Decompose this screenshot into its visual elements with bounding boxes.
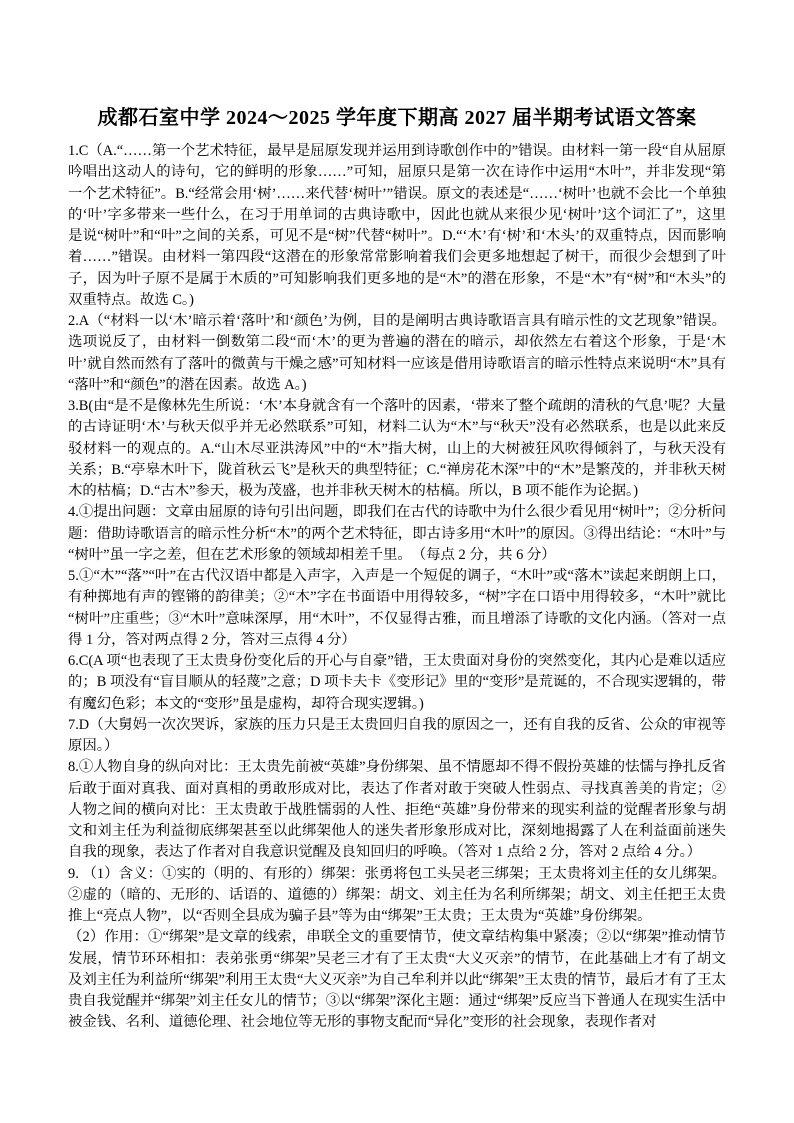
document-title: 成都石室中学 2024～2025 学年度下期高 2027 届半期考试语文答案 — [68, 104, 726, 132]
document-page: 成都石室中学 2024～2025 学年度下期高 2027 届半期考试语文答案 1… — [0, 0, 794, 1123]
answer-q8: 8.①人物自身的纵向对比：王太贵先前被“英雄”身份绑架、虽不情愿却不得不假扮英雄… — [68, 757, 726, 863]
answer-q9-part1: 9. （1）含义：①实的（明的、有形的）绑架：张勇将包工头吴老三绑架；王太贵将刘… — [68, 864, 726, 928]
answer-q2: 2.A（“材料一以‘木’暗示着‘落叶’和‘颜色’为例，目的是阐明古典诗歌语言具有… — [68, 311, 726, 396]
answer-q6: 6.C(A 项“也表现了王太贵身份变化后的开心与自豪”错，王太贵面对身份的突然变… — [68, 651, 726, 715]
answer-q4: 4.①提出问题：文章由屈原的诗句引出问题，即我们在古代的诗歌中为什么很少看见用“… — [68, 502, 726, 566]
answer-q7: 7.D（大舅妈一次次哭诉，家族的压力只是王太贵回归自我的原因之一，还有自我的反省… — [68, 715, 726, 758]
answer-content: 1.C（A.“……第一个艺术特征，最早是屈原发现并运用到诗歌创作中的”错误。由材… — [68, 141, 726, 1034]
answer-q3: 3.B(由“是不是像林先生所说：‘木’本身就含有一个落叶的因素，‘带来了整个疏朗… — [68, 396, 726, 502]
answer-q9-part2: （2）作用：①“绑架”是文章的线索，串联全文的重要情节，使文章结构集中紧凑；②以… — [68, 927, 726, 1033]
answer-q1: 1.C（A.“……第一个艺术特征，最早是屈原发现并运用到诗歌创作中的”错误。由材… — [68, 141, 726, 311]
answer-q5: 5.①“木”“落”“叶”在古代汉语中都是入声字，入声是一个短促的调子，“木叶”或… — [68, 566, 726, 651]
